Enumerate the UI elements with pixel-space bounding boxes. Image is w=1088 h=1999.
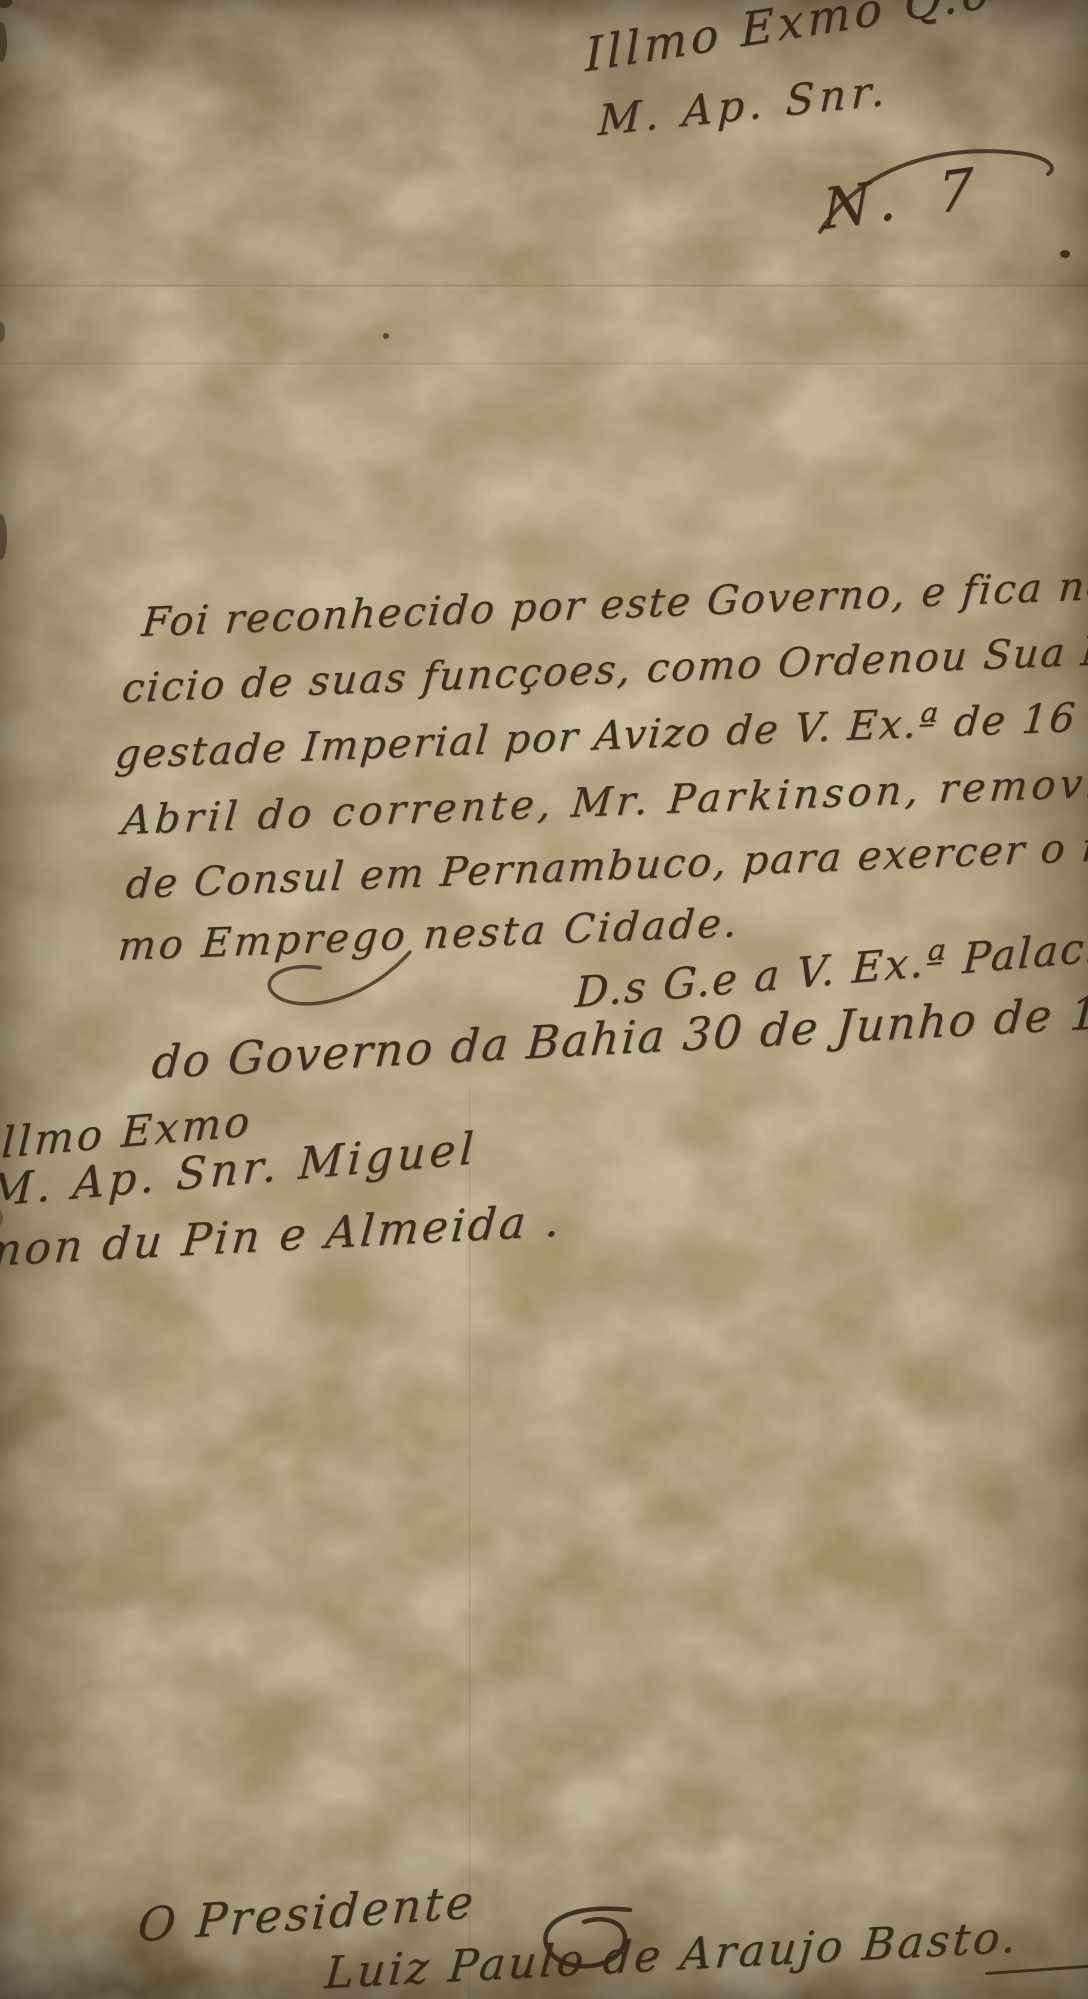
body-line-6: mo Emprego nesta Cidade.	[116, 900, 742, 970]
manuscript-page: Illmo Exmo Q.o M. Ap. Snr. N. 7 Foi reco…	[0, 0, 1088, 1999]
ink-fleck	[1060, 250, 1070, 258]
salutation-line-2: M. Ap. Snr.	[597, 65, 890, 145]
edge-speck	[0, 514, 7, 560]
body-line-1: Foi reconhecido por este Governo, e fica…	[140, 558, 1088, 646]
signature-title: O Presidente	[136, 1874, 478, 1952]
signature-underline-flourish	[985, 1964, 1088, 1975]
salutation-line-1: Illmo Exmo Q.o	[585, 0, 994, 82]
edge-speck	[0, 322, 5, 342]
horizontal-fold-crease	[0, 284, 1088, 289]
letter-number: N. 7	[822, 155, 985, 244]
edge-speck	[0, 0, 12, 8]
horizontal-fold-crease-faint	[0, 362, 1088, 366]
ink-fleck	[383, 333, 389, 339]
edge-speck	[0, 22, 7, 62]
